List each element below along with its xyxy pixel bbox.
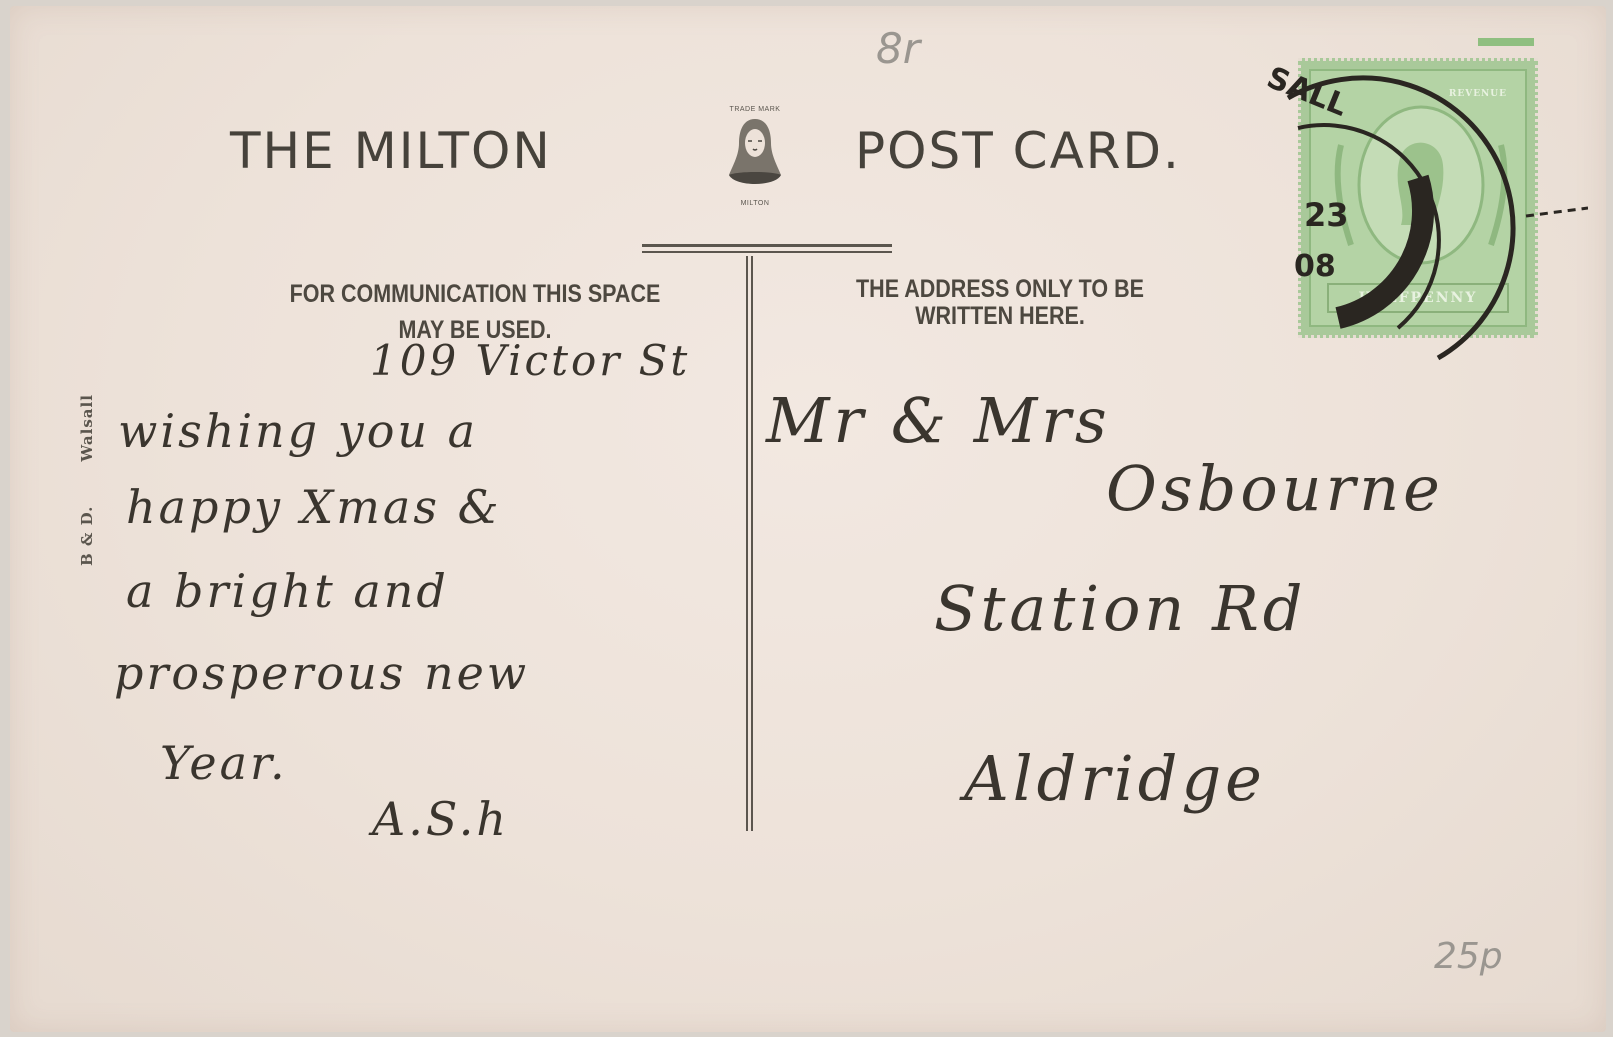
instruction-line: WRITTEN HERE.: [798, 303, 1202, 330]
printer-imprint: B & D.Walsall: [78, 350, 96, 566]
message-line: wishing you a: [118, 404, 478, 458]
address-line: Mr & Mrs: [766, 384, 1111, 457]
trademark-label: TRADE MARK: [710, 106, 800, 113]
stamp-selvedge: [1478, 38, 1534, 46]
divider-vertical-2: [751, 256, 753, 831]
divider-vertical: [746, 256, 748, 831]
title-right: POST CARD.: [855, 122, 1181, 180]
postmark-icon: SALL 23 08: [1258, 58, 1588, 388]
logo-caption: MILTON: [710, 200, 800, 207]
message-line: prosperous new: [114, 646, 529, 700]
address-line: Aldridge: [964, 742, 1266, 815]
sender-address: 109 Victor St: [370, 336, 690, 385]
message-line: happy Xmas &: [126, 480, 502, 534]
address-instructions: THE ADDRESS ONLY TO BE WRITTEN HERE.: [798, 276, 1202, 330]
pencil-note-top: 8r: [876, 24, 920, 73]
signature: A.S.h: [372, 792, 509, 846]
message-line: a bright and: [126, 564, 449, 618]
pencil-price: 25p: [1434, 936, 1503, 977]
divider-top-rule: [642, 244, 892, 247]
printer-town: Walsall: [78, 394, 96, 462]
address-line: Station Rd: [934, 572, 1306, 645]
milton-portrait-icon: [715, 113, 795, 193]
instruction-line: THE ADDRESS ONLY TO BE: [798, 276, 1202, 303]
instruction-line: FOR COMMUNICATION THIS SPACE: [221, 276, 728, 312]
divider-top-rule-2: [642, 251, 892, 253]
title-left: THE MILTON: [230, 122, 552, 180]
trademark-logo: TRADE MARK MILTON: [710, 106, 800, 226]
message-line: Year.: [160, 736, 288, 790]
postmark-day: 23: [1304, 196, 1349, 234]
printer-name: B & D.: [78, 506, 96, 566]
address-line: Osbourne: [1106, 452, 1444, 525]
postmark-town: SALL: [1262, 60, 1352, 124]
postmark-year: 08: [1294, 249, 1336, 284]
